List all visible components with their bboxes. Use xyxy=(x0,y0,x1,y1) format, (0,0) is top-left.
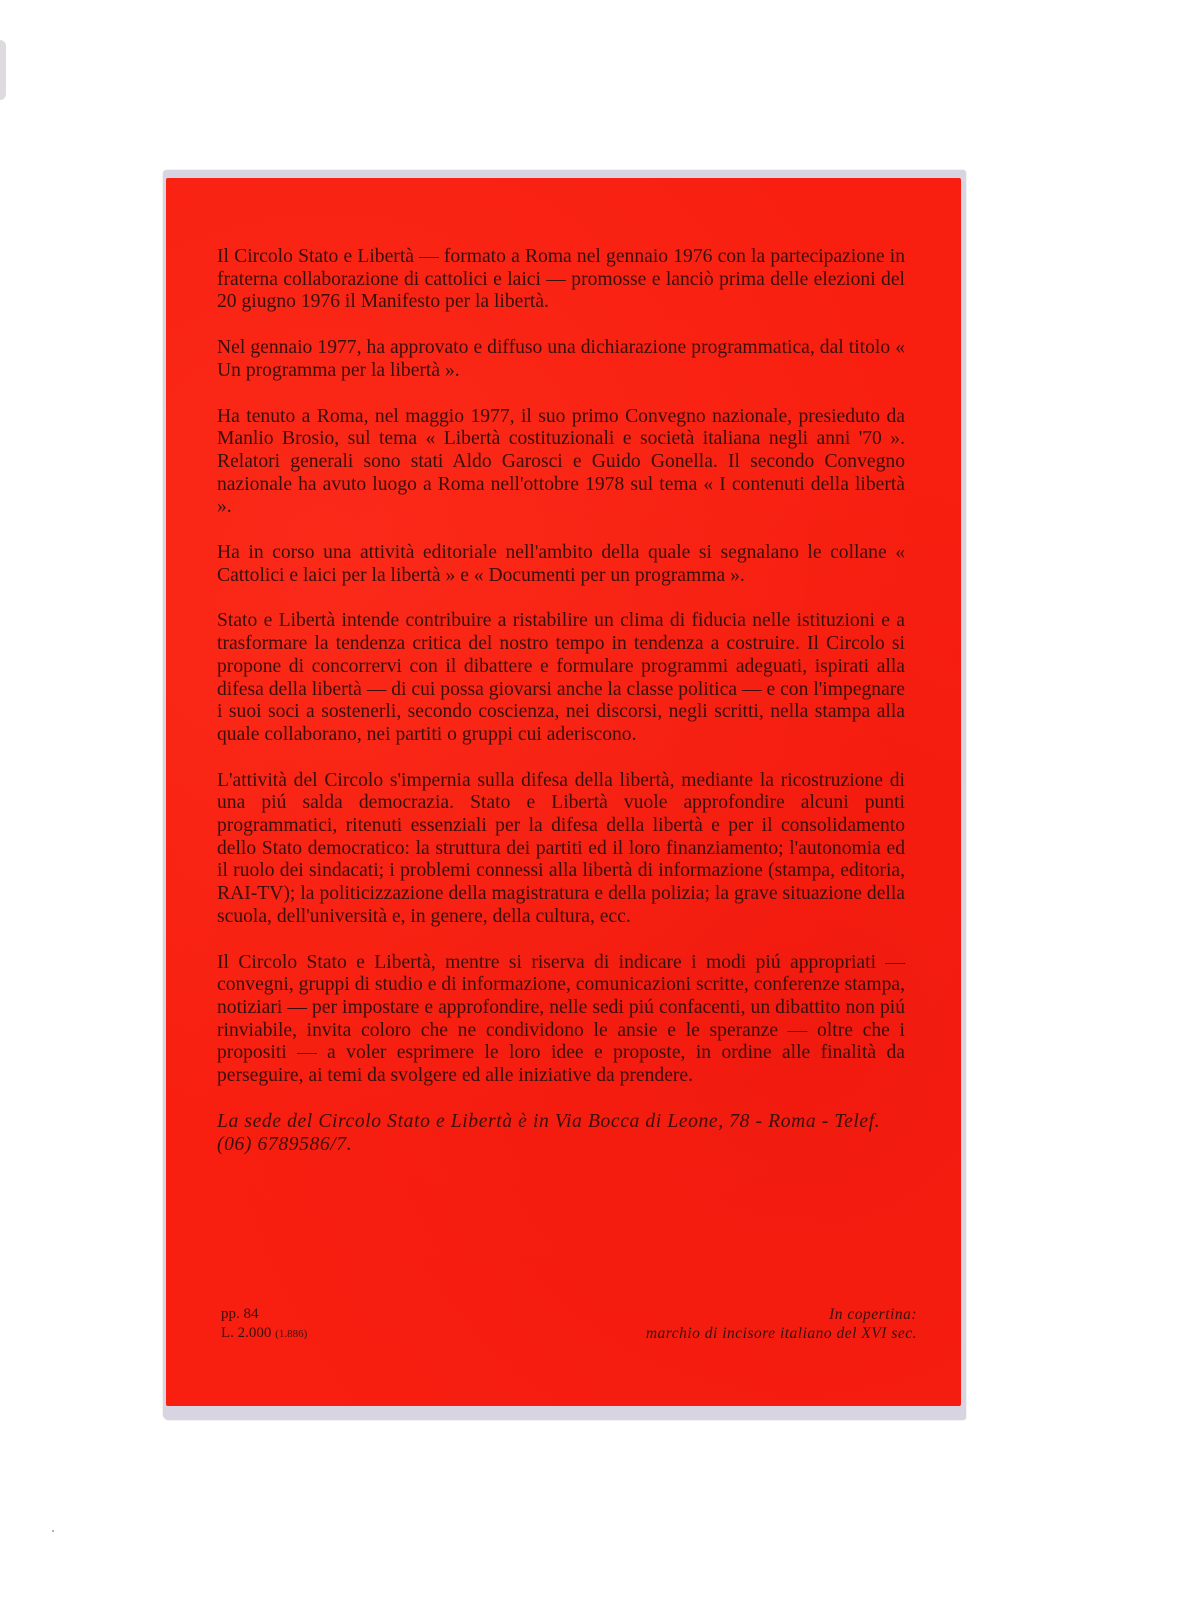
footer-cover-credit: In copertina: marchio di incisore italia… xyxy=(646,1305,917,1343)
paragraph-conventions: Ha tenuto a Roma, nel maggio 1977, il su… xyxy=(217,406,905,520)
paragraph-invitation: Il Circolo Stato e Libertà, mentre si ri… xyxy=(217,952,905,1088)
price: L. 2.000 xyxy=(221,1325,271,1341)
price-code: (1.886) xyxy=(275,1328,307,1340)
book-back-cover: Il Circolo Stato e Libertà — formato a R… xyxy=(163,170,966,1420)
scan-edge-mark xyxy=(0,40,6,100)
address-note: La sede del Circolo Stato e Libertà è in… xyxy=(217,1111,905,1156)
paragraph-programme: Nel gennaio 1977, ha approvato e diffuso… xyxy=(217,337,905,382)
footer-pages-price: pp. 84 L. 2.000 (1.886) xyxy=(221,1305,307,1344)
scan-speck xyxy=(52,1530,54,1532)
paragraph-aims: Stato e Libertà intende contribuire a ri… xyxy=(217,610,905,746)
cover-text-block: Il Circolo Stato e Libertà — formato a R… xyxy=(217,246,905,1179)
cover-caption: marchio di incisore italiano del XVI sec… xyxy=(646,1324,917,1343)
paragraph-founding: Il Circolo Stato e Libertà — formato a R… xyxy=(217,246,905,314)
cover-label: In copertina: xyxy=(646,1305,917,1324)
paragraph-editorial: Ha in corso una attività editoriale nell… xyxy=(217,542,905,587)
price-line: L. 2.000 (1.886) xyxy=(221,1324,307,1344)
page-count: pp. 84 xyxy=(221,1305,307,1324)
red-cover-surface: Il Circolo Stato e Libertà — formato a R… xyxy=(166,178,961,1406)
paragraph-activity: L'attività del Circolo s'impernia sulla … xyxy=(217,770,905,929)
